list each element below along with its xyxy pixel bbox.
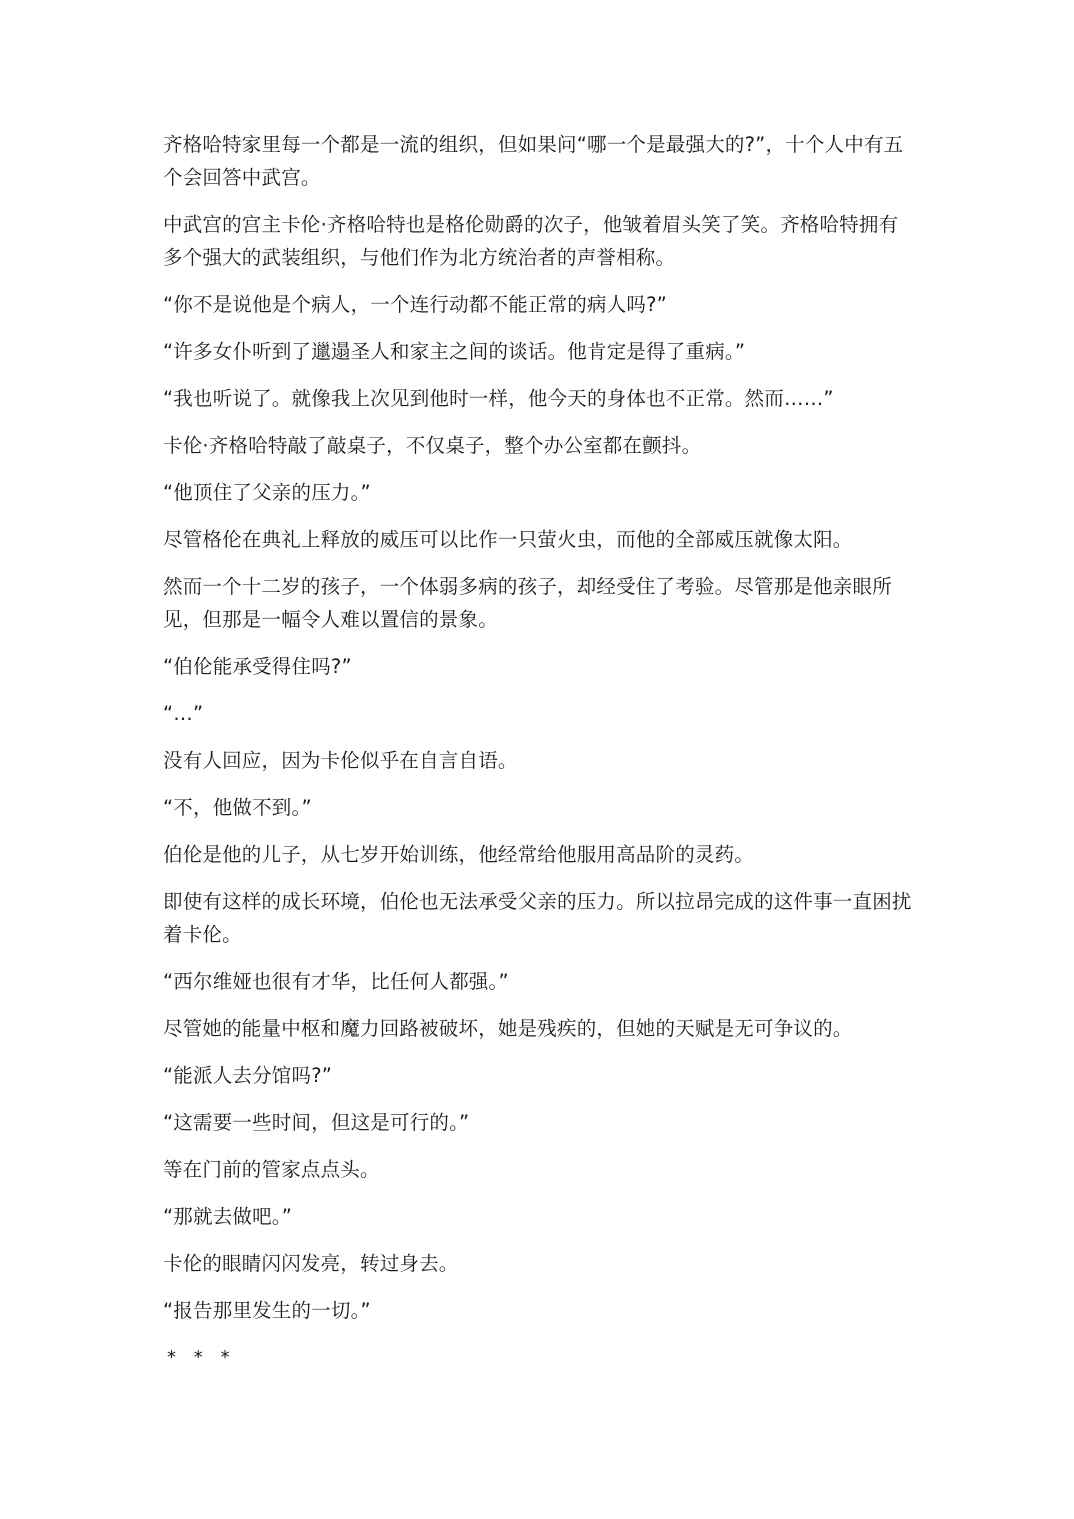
- paragraph: 齐格哈特家里每一个都是一流的组织，但如果问“哪一个是最强大的?”，十个人中有五个…: [163, 128, 915, 194]
- paragraph: “许多女仆听到了邋遢圣人和家主之间的谈话。他肯定是得了重病。”: [163, 335, 915, 368]
- paragraph: “他顶住了父亲的压力。”: [163, 476, 915, 509]
- paragraph: “这需要一些时间，但这是可行的。”: [163, 1106, 915, 1139]
- paragraph: “…”: [163, 697, 915, 730]
- paragraph: “西尔维娅也很有才华，比任何人都强。”: [163, 965, 915, 998]
- paragraph: 中武宫的宫主卡伦·齐格哈特也是格伦勋爵的次子，他皱着眉头笑了笑。齐格哈特拥有多个…: [163, 208, 915, 274]
- paragraph: 卡伦的眼睛闪闪发亮，转过身去。: [163, 1247, 915, 1280]
- paragraph: 没有人回应，因为卡伦似乎在自言自语。: [163, 744, 915, 777]
- paragraph: “你不是说他是个病人，一个连行动都不能正常的病人吗?”: [163, 288, 915, 321]
- section-break: * * *: [167, 1341, 915, 1374]
- paragraph: 然而一个十二岁的孩子，一个体弱多病的孩子，却经受住了考验。尽管那是他亲眼所见，但…: [163, 570, 915, 636]
- document-page: 齐格哈特家里每一个都是一流的组织，但如果问“哪一个是最强大的?”，十个人中有五个…: [163, 128, 915, 1374]
- paragraph: 尽管格伦在典礼上释放的威压可以比作一只萤火虫，而他的全部威压就像太阳。: [163, 523, 915, 556]
- paragraph: 尽管她的能量中枢和魔力回路被破坏，她是残疾的，但她的天赋是无可争议的。: [163, 1012, 915, 1045]
- paragraph: “我也听说了。就像我上次见到他时一样，他今天的身体也不正常。然而……”: [163, 382, 915, 415]
- paragraph: 即使有这样的成长环境，伯伦也无法承受父亲的压力。所以拉昂完成的这件事一直困扰着卡…: [163, 885, 915, 951]
- paragraph: “伯伦能承受得住吗?”: [163, 650, 915, 683]
- paragraph: 伯伦是他的儿子，从七岁开始训练，他经常给他服用高品阶的灵药。: [163, 838, 915, 871]
- paragraph: “报告那里发生的一切。”: [163, 1294, 915, 1327]
- paragraph: “那就去做吧。”: [163, 1200, 915, 1233]
- paragraph: “能派人去分馆吗?”: [163, 1059, 915, 1092]
- paragraph: 卡伦·齐格哈特敲了敲桌子，不仅桌子，整个办公室都在颤抖。: [163, 429, 915, 462]
- paragraph: “不，他做不到。”: [163, 791, 915, 824]
- paragraph: 等在门前的管家点点头。: [163, 1153, 915, 1186]
